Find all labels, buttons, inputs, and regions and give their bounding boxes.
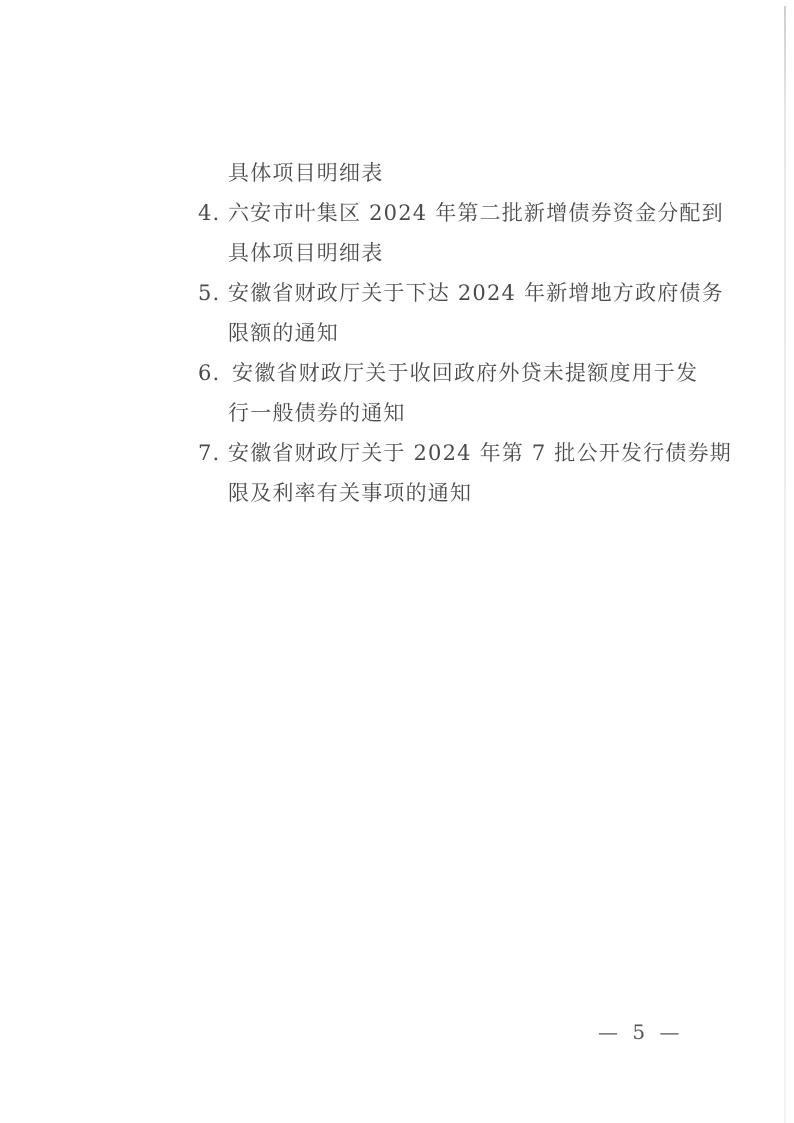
attachment-text: 六安市叶集区 2024 年第二批新增债券资金分配到 (228, 201, 724, 225)
attachment-text: 行一般债券的通知 (228, 401, 406, 425)
scan-edge-line (784, 6, 786, 1123)
attachment-text: 安徽省财政厅关于下达 2024 年新增地方政府债务 (228, 281, 724, 305)
attachment-number: 5. (198, 273, 228, 313)
attachment-5-continuation: 限额的通知 (198, 313, 698, 353)
attachment-text: 安徽省财政厅关于收回政府外贷未提额度用于发 (232, 361, 698, 385)
attachment-5: 5.安徽省财政厅关于下达 2024 年新增地方政府债务 (198, 273, 698, 313)
attachment-7: 7.安徽省财政厅关于 2024 年第 7 批公开发行债券期 (198, 433, 698, 473)
attachment-3-continuation: 具体项目明细表 (198, 153, 698, 193)
page-number: — 5 — (598, 1020, 683, 1044)
attachment-text: 安徽省财政厅关于 2024 年第 7 批公开发行债券期 (228, 441, 732, 465)
attachment-text: 限及利率有关事项的通知 (228, 481, 472, 505)
attachment-text: 具体项目明细表 (228, 161, 383, 185)
attachment-number: 4. (198, 193, 228, 233)
attachment-6: 6.安徽省财政厅关于收回政府外贷未提额度用于发 (198, 353, 698, 393)
attachment-7-continuation: 限及利率有关事项的通知 (198, 473, 698, 513)
attachment-number: 6. (198, 353, 232, 393)
attachment-6-continuation: 行一般债券的通知 (198, 393, 698, 433)
attachment-number: 7. (198, 433, 228, 473)
attachment-text: 限额的通知 (228, 321, 339, 345)
attachment-4-continuation: 具体项目明细表 (198, 233, 698, 273)
attachment-list: 具体项目明细表 4.六安市叶集区 2024 年第二批新增债券资金分配到 具体项目… (198, 153, 698, 513)
attachment-4: 4.六安市叶集区 2024 年第二批新增债券资金分配到 (198, 193, 698, 233)
attachment-text: 具体项目明细表 (228, 241, 383, 265)
